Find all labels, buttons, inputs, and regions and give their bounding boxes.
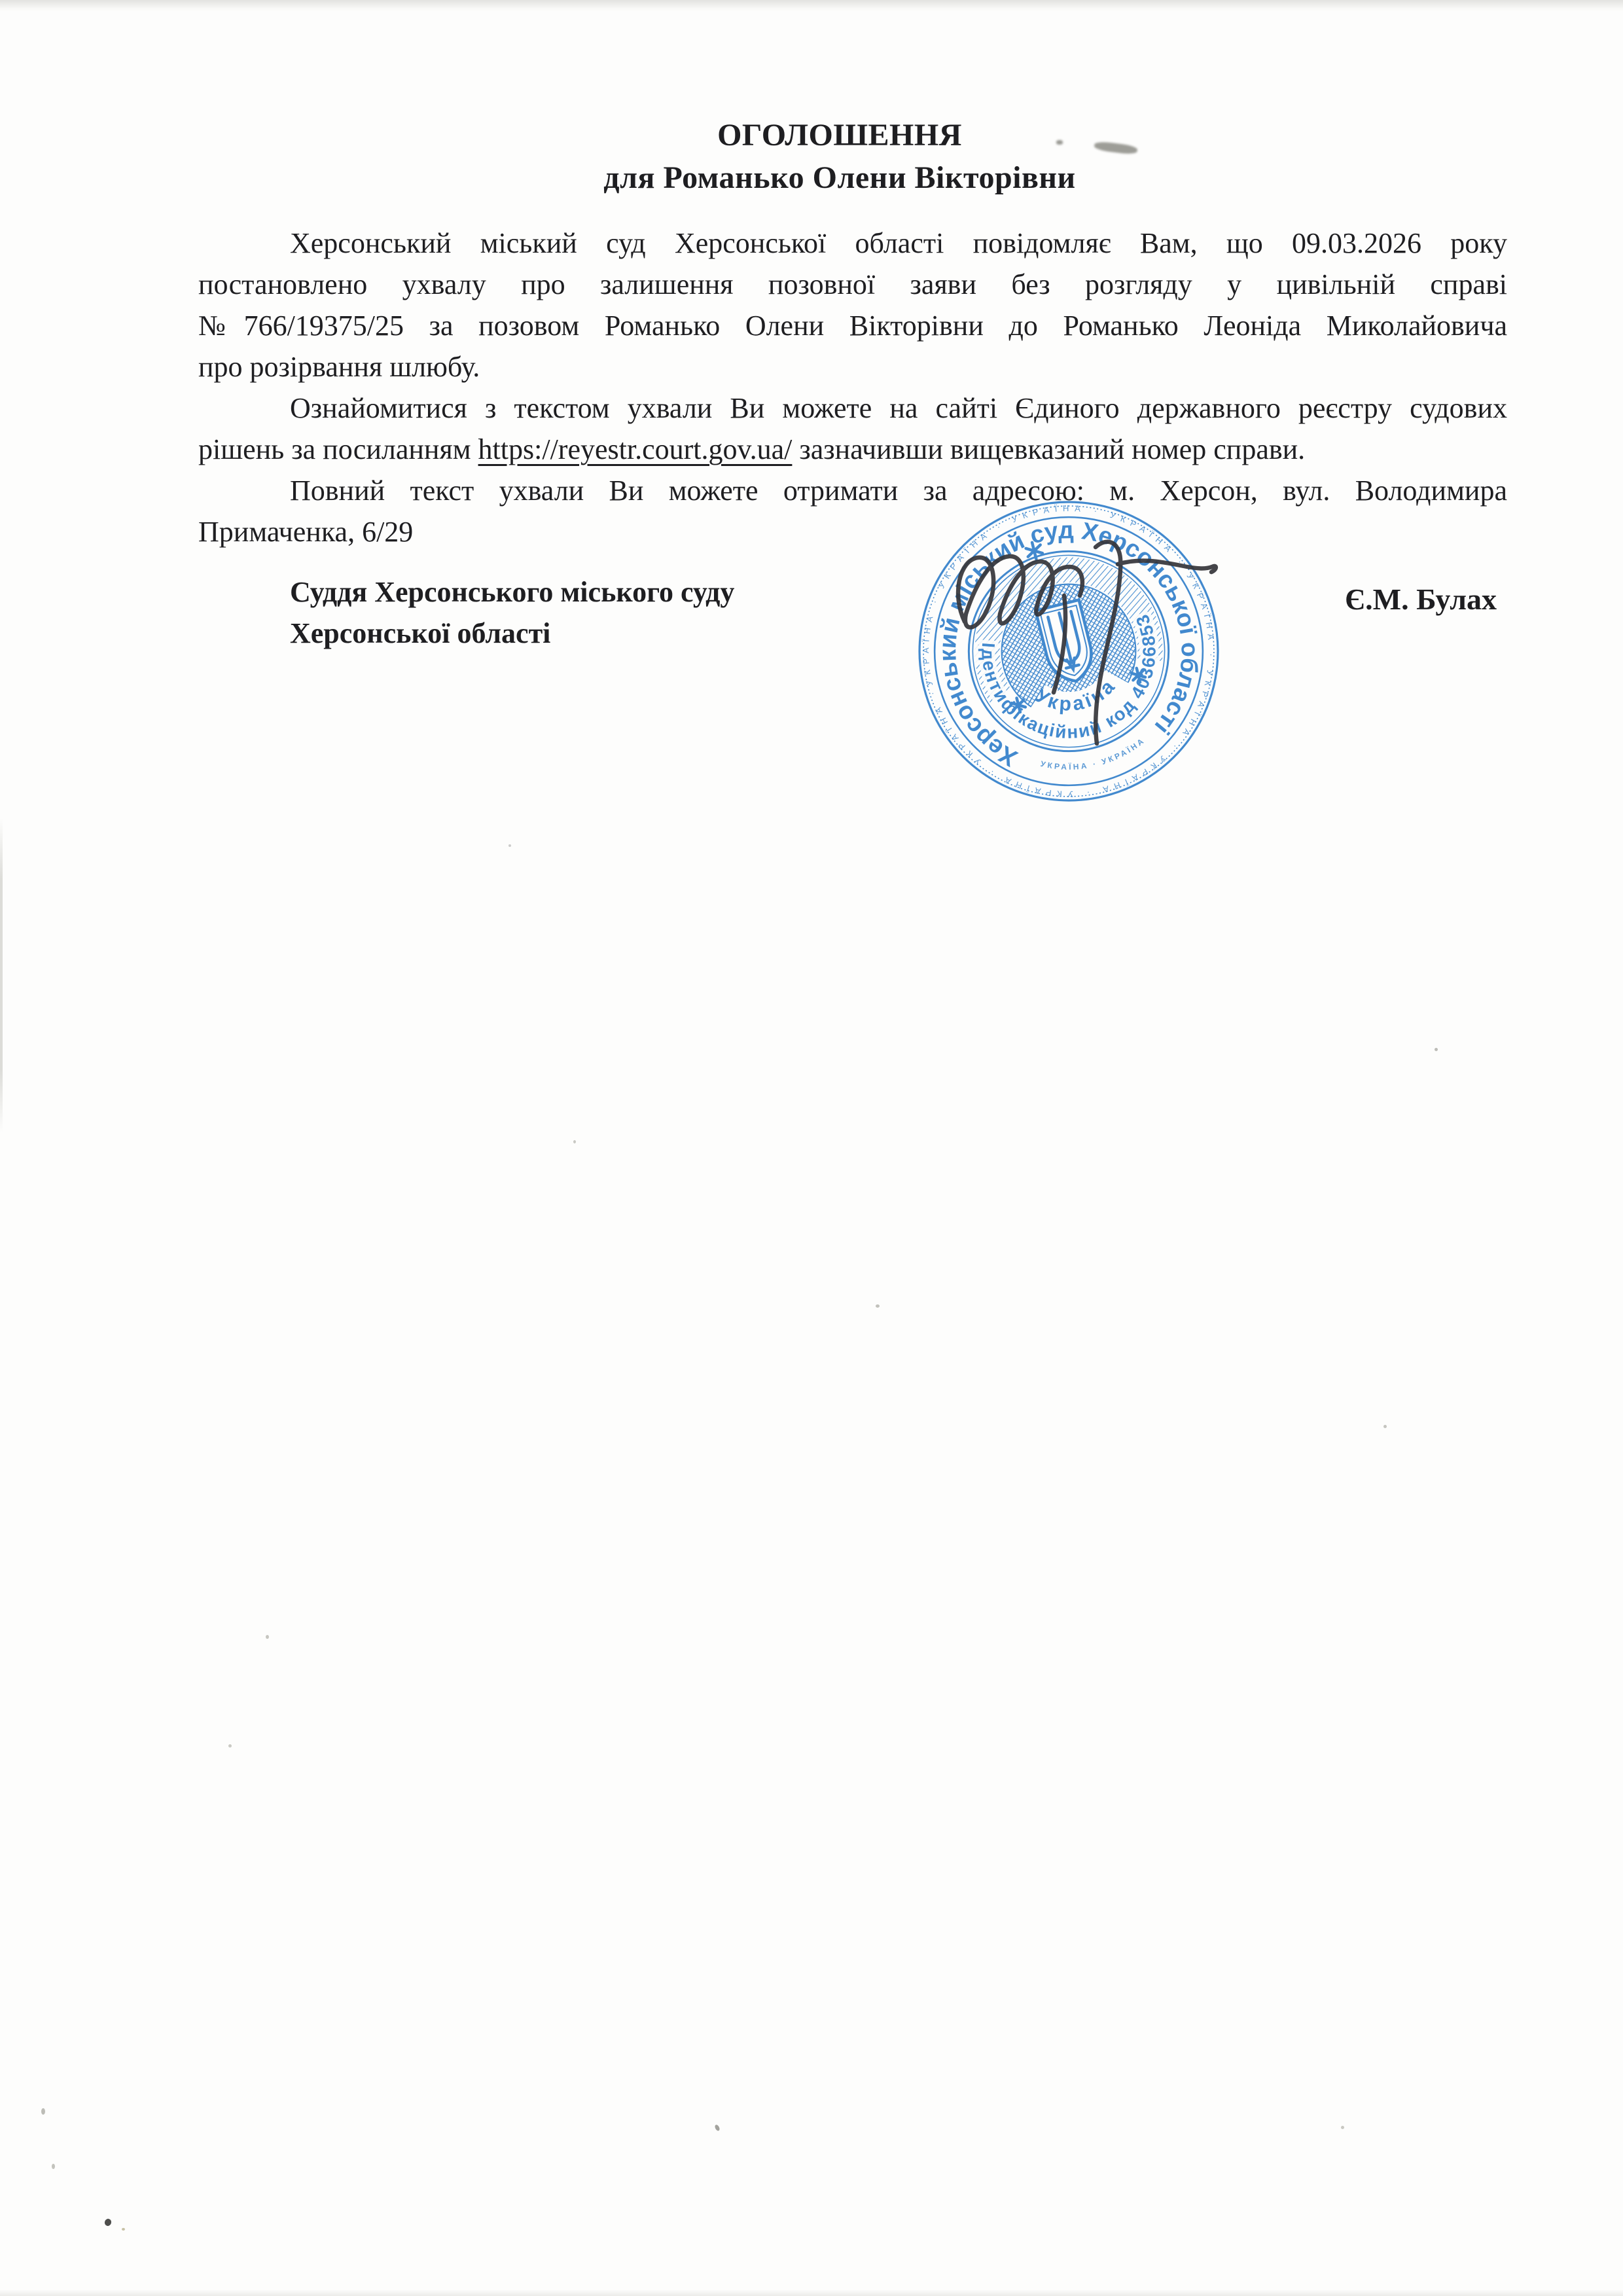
scan-speck bbox=[573, 1140, 576, 1143]
text-line: постановлено ухвалу про залишення позовн… bbox=[198, 264, 1507, 305]
scan-edge-top bbox=[0, 0, 1623, 12]
text-line: Херсонський міський суд Херсонської обла… bbox=[198, 223, 1507, 264]
judge-name: Є.М. Булах bbox=[1345, 579, 1497, 620]
scan-speck bbox=[52, 2164, 55, 2169]
scan-speck bbox=[714, 2124, 721, 2132]
paragraph-ruling-notice: Херсонський міський суд Херсонської обла… bbox=[198, 223, 1507, 387]
document-title: ОГОЛОШЕННЯ bbox=[198, 114, 1481, 156]
scan-speck bbox=[103, 2218, 112, 2227]
text-line: про розірвання шлюбу. bbox=[198, 346, 1507, 387]
scan-speck bbox=[1383, 1425, 1387, 1428]
judge-title-line: Херсонської області bbox=[290, 613, 1507, 654]
announcement-document: ОГОЛОШЕННЯ для Романько Олени Вікторівни… bbox=[198, 114, 1507, 654]
paragraph-court-address: Повний текст ухвали Ви можете отримати з… bbox=[198, 470, 1507, 552]
judge-title-line: Суддя Херсонського міського суду bbox=[290, 571, 1507, 613]
scan-speck bbox=[122, 2228, 125, 2231]
text-line: Ознайомитися з текстом ухвали Ви можете … bbox=[198, 387, 1507, 429]
document-subtitle: для Романько Олени Вікторівни bbox=[198, 156, 1481, 199]
scan-edge-bottom bbox=[0, 2289, 1623, 2296]
paragraph-registry-info: Ознайомитися з текстом ухвали Ви можете … bbox=[198, 387, 1507, 470]
link-prefix-text: рішень за посиланням bbox=[198, 433, 478, 465]
scan-speck bbox=[266, 1635, 269, 1639]
scan-speck bbox=[228, 1744, 232, 1748]
scan-streak-left bbox=[0, 818, 3, 1132]
registry-link[interactable]: https://reyestr.court.gov.ua/ bbox=[478, 433, 793, 465]
scan-speck bbox=[41, 2108, 45, 2115]
scan-speck bbox=[1435, 1048, 1438, 1051]
link-suffix-text: зазначивши вищевказаний номер справи. bbox=[792, 433, 1305, 465]
text-line: рішень за посиланням https://reyestr.cou… bbox=[198, 429, 1507, 470]
scan-speck bbox=[1341, 2126, 1344, 2129]
judge-handwritten-signature bbox=[936, 517, 1243, 779]
scanned-court-announcement-page: ОГОЛОШЕННЯ для Романько Олени Вікторівни… bbox=[0, 0, 1623, 2296]
text-line: №766/19375/25 за позовом Романько Олени … bbox=[198, 305, 1507, 346]
text-line: Примаченка, 6/29 bbox=[198, 511, 1507, 552]
scan-speck bbox=[508, 844, 511, 847]
scan-speck bbox=[876, 1304, 880, 1308]
judge-signature-caption: Суддя Херсонського міського суду Херсонс… bbox=[290, 571, 1507, 654]
text-line: Повний текст ухвали Ви можете отримати з… bbox=[198, 470, 1507, 511]
